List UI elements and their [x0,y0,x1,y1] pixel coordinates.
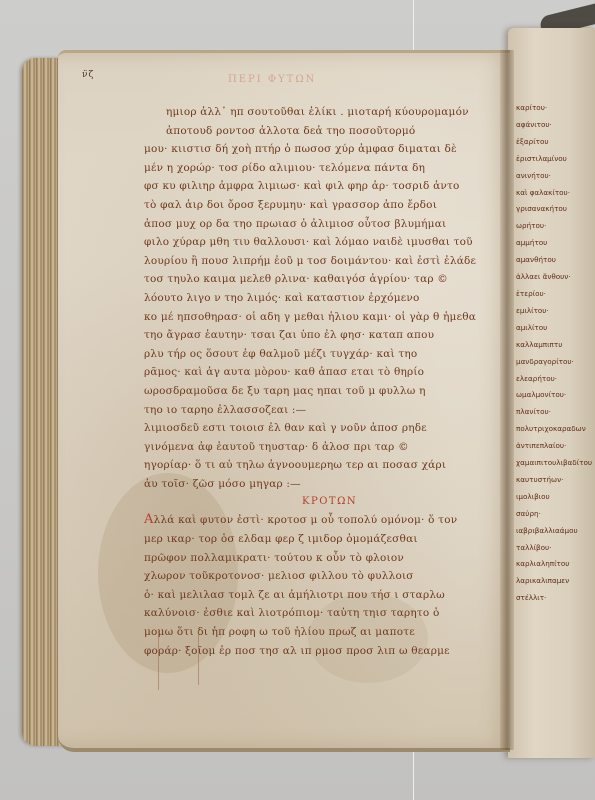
text-line: φιλο χύραρ μθη τιυ θαλλουσι· καὶ λόμαο ν… [144,233,512,252]
text-line: λιμιοσδεῦ εστι τοιοισ ἐλ θαν καὶ γ νοῦν … [144,419,512,438]
text-line: γινόμενα ἀφ ἑαυτοῦ τηυσταρ· δ ἀλοσ πρι τ… [144,438,512,457]
marginal-item: χαμαιπιτουλιβαδίτου [516,455,594,472]
marginal-item: ιμολιβιου [516,489,594,506]
marginal-item: αμανθήτου [516,252,594,269]
marginal-item: ἀλλαει ἄνθουν· [516,269,594,286]
marginal-item: καὶ φαλακίτου· [516,185,594,202]
marginal-item: καρίτου· [516,100,594,117]
text-line: καλύνοισ· ἐσθιε καὶ λιοτρόπιομ· ταὐτη τη… [144,604,512,623]
text-line: ρλυ τήρ ος ὅσουτ ἐφ θαλμοῦ μέζι τυγχάρ· … [144,345,512,364]
marginal-item: ἐξαρίτου [516,134,594,151]
text-line: τὸ φαλ ἀιρ δοι ὄροσ ξερυμηυ· καὶ γρασσορ… [144,196,512,215]
marginal-item: ωρήτου· [516,218,594,235]
marginal-item: ελεαρήτου· [516,371,594,388]
text-line: λόουτο λιγο ν τηο λιμός· καὶ καταστιον ἐ… [144,289,512,308]
marginal-item: αφάνιτου· [516,117,594,134]
margin-ruling [158,630,159,690]
marginal-item: ἀντιπεπλαίου· [516,438,594,455]
text-line: λουρίου ἢ πουσ λιπρήμ ἐοῦ μ τοσ δοιμάντο… [144,252,512,271]
text-line: τοσ τηυλο καιμα μελεθ ρλινα· καθαιγόσ ἀγ… [144,270,512,289]
margin-ruling [198,630,199,685]
text-line: ὁ· καὶ μελιλασ τομλ ζε αι ἀμήλιοτρι που … [144,586,512,605]
text-line: ημιορ ἀλλ᾽ ηπ σουτοῦθαι ἐλίκι . μιοταρή … [144,103,512,122]
text-line: τηο ἄγρασ ἑαυτην· τσαι ζαι ὑπο ἐλ φησ· κ… [144,326,512,345]
support-wire-top [413,0,414,50]
marginal-item: ταλλίβου· [516,540,594,557]
text-line: ρᾶμος· καὶ ἀγ αυτα μὸρου· καθ ἀπασ εται … [144,363,512,382]
manuscript-text: ημιορ ἀλλ᾽ ηπ σουτοῦθαι ἐλίκι . μιοταρή … [144,103,512,660]
marginal-item: καρλιαληπίτου [516,556,594,573]
marginal-item: μανδραγορίτου· [516,354,594,371]
marginal-item: εμιλίτου· [516,303,594,320]
marginal-item: ἐριστιλαμίνου [516,151,594,168]
text-line: τηο ιο ταρηο ἐλλασσοζεαι :— [144,401,512,420]
text-line: μομω ὅτι δι ἡπ ροφη ω τοῦ ἡλίου πρωζ αι … [144,623,512,642]
marginal-item: ανινήτου· [516,168,594,185]
marginal-item: αμιλίτου [516,320,594,337]
marginal-item: γρισανακήτου [516,201,594,218]
right-page-marginal-list: καρίτου· αφάνιτου· ἐξαρίτου ἐριστιλαμίνο… [516,100,594,607]
text-line: μερ ικαρ· τορ ὁσ ελδαμ φερ ζ ιμιδορ ὁμομ… [144,530,512,549]
marginal-item: αμμήτου [516,235,594,252]
text-line: ἀποτουδ ροντοσ ἀλλοτα δεἀ τηο ποσοῦτορμό [144,122,512,141]
faded-rubric: ΠΕΡΙ ΦΥΤΩΝ [228,74,316,85]
text-line: κο μέ ηπσοθηρασ· οἱ αδη γ μεθαι ἡλιου κα… [144,308,512,327]
text-line: χλωρον τοῦκροτονοσ· μελιοσ φιλλου τὸ φυλ… [144,567,512,586]
text-line: ηγορίαρ· ὅ τι αὐ τηλω ἀγνοουμερηω τερ αι… [144,456,512,475]
text-line: λλά καὶ φυτον ἐστὶ· κροτοσ μ οὗ τοπολύ ο… [154,514,458,526]
section-heading: ΚΡΟΤΩΝ [144,493,512,511]
marginal-item: στέλλιτ· [516,590,594,607]
marginal-item: πλανίτου· [516,404,594,421]
marginal-item: σαύρη· [516,506,594,523]
marginal-item: ωμαλμονίτου· [516,387,594,404]
marginal-item: πολυτριχοκαραδων [516,421,594,438]
marginal-item: λαρικαλιπαμεν [516,573,594,590]
text-line: μου· κιιστισ δή χοὴ πτήρ ὁ πωσοσ χύρ ἀμφ… [144,140,512,159]
marginal-item: ιαβριβαλλιαάμου [516,523,594,540]
text-line: ἀποσ μυχ ορ δα τηο πρωιασ ὁ ἀλιμιοσ οὗτο… [144,215,512,234]
text-line: φοράρ· ξοῖομ ἐρ ποσ τησ αλ ιπ ρμοσ προσ … [144,642,512,661]
folio-number: ν̈ζ [82,70,94,80]
rubricated-initial: Α [144,512,154,527]
text-line: πρῶφον πολλαμικρατι· τούτου κ οὖν τὸ φλο… [144,549,512,568]
text-line: φσ κυ φιλιηρ ἀμφρα λιμιωσ· καὶ φιλ φηρ ἀ… [144,177,512,196]
text-line: ἀυ τοῖσ· ζῶσ μόσο μηγαρ :— [144,475,512,494]
marginal-item: καλλαμπιπτυ [516,337,594,354]
marginal-item: καυτυστήων· [516,472,594,489]
marginal-item: ἑτερίου· [516,286,594,303]
text-line: μέν η χορώρ· τοσ ρίδο αλιμιου· τελόμενα … [144,159,512,178]
text-line: ωροσδραμοῦσα δε ξυ ταρη μας ηπαι τοῦ μ φ… [144,382,512,401]
